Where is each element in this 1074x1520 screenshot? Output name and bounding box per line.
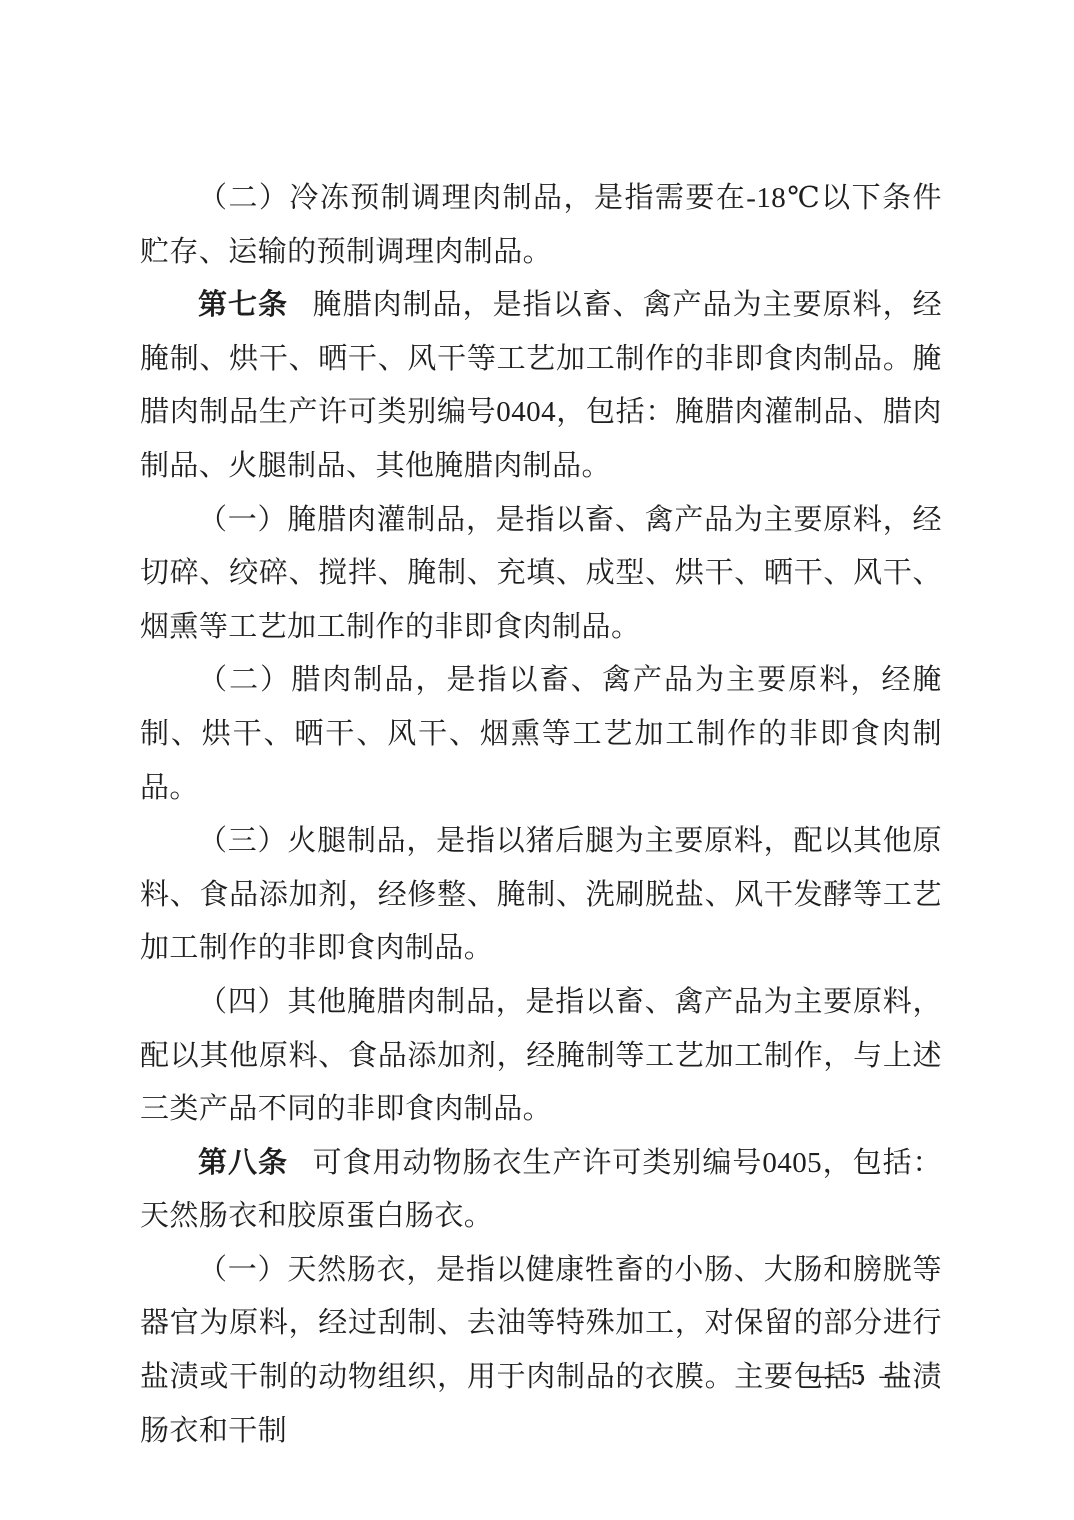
paragraph-cured-meat-products: （二）腊肉制品，是指以畜、禽产品为主要原料，经腌制、烘干、晒干、风干、烟熏等工艺…: [140, 654, 942, 815]
paragraph-other-cured-products: （四）其他腌腊肉制品，是指以畜、禽产品为主要原料，配以其他原料、食品添加剂，经腌…: [140, 976, 942, 1137]
paragraph-article-7: 第七条腌腊肉制品，是指以畜、禽产品为主要原料，经腌制、烘干、晒干、风干等工艺加工…: [140, 279, 942, 493]
page-number: — 5 —: [808, 1350, 912, 1400]
paragraph-ham-products: （三）火腿制品，是指以猪后腿为主要原料，配以其他原料、食品添加剂，经修整、腌制、…: [140, 815, 942, 976]
article-8-heading: 第八条: [198, 1147, 288, 1179]
page-footer: — 5 —: [0, 1350, 1074, 1400]
paragraph-cured-sausage-products: （一）腌腊肉灌制品，是指以畜、禽产品为主要原料，经切碎、绞碎、搅拌、腌制、充填、…: [140, 494, 942, 655]
paragraph-frozen-prepared-meat: （二）冷冻预制调理肉制品，是指需要在-18℃以下条件贮存、运输的预制调理肉制品。: [140, 172, 942, 279]
article-7-heading: 第七条: [198, 289, 288, 321]
paragraph-article-8: 第八条可食用动物肠衣生产许可类别编号0405，包括：天然肠衣和胶原蛋白肠衣。: [140, 1137, 942, 1244]
document-body: （二）冷冻预制调理肉制品，是指需要在-18℃以下条件贮存、运输的预制调理肉制品。…: [140, 172, 942, 1458]
document-page: （二）冷冻预制调理肉制品，是指需要在-18℃以下条件贮存、运输的预制调理肉制品。…: [0, 0, 1074, 1520]
